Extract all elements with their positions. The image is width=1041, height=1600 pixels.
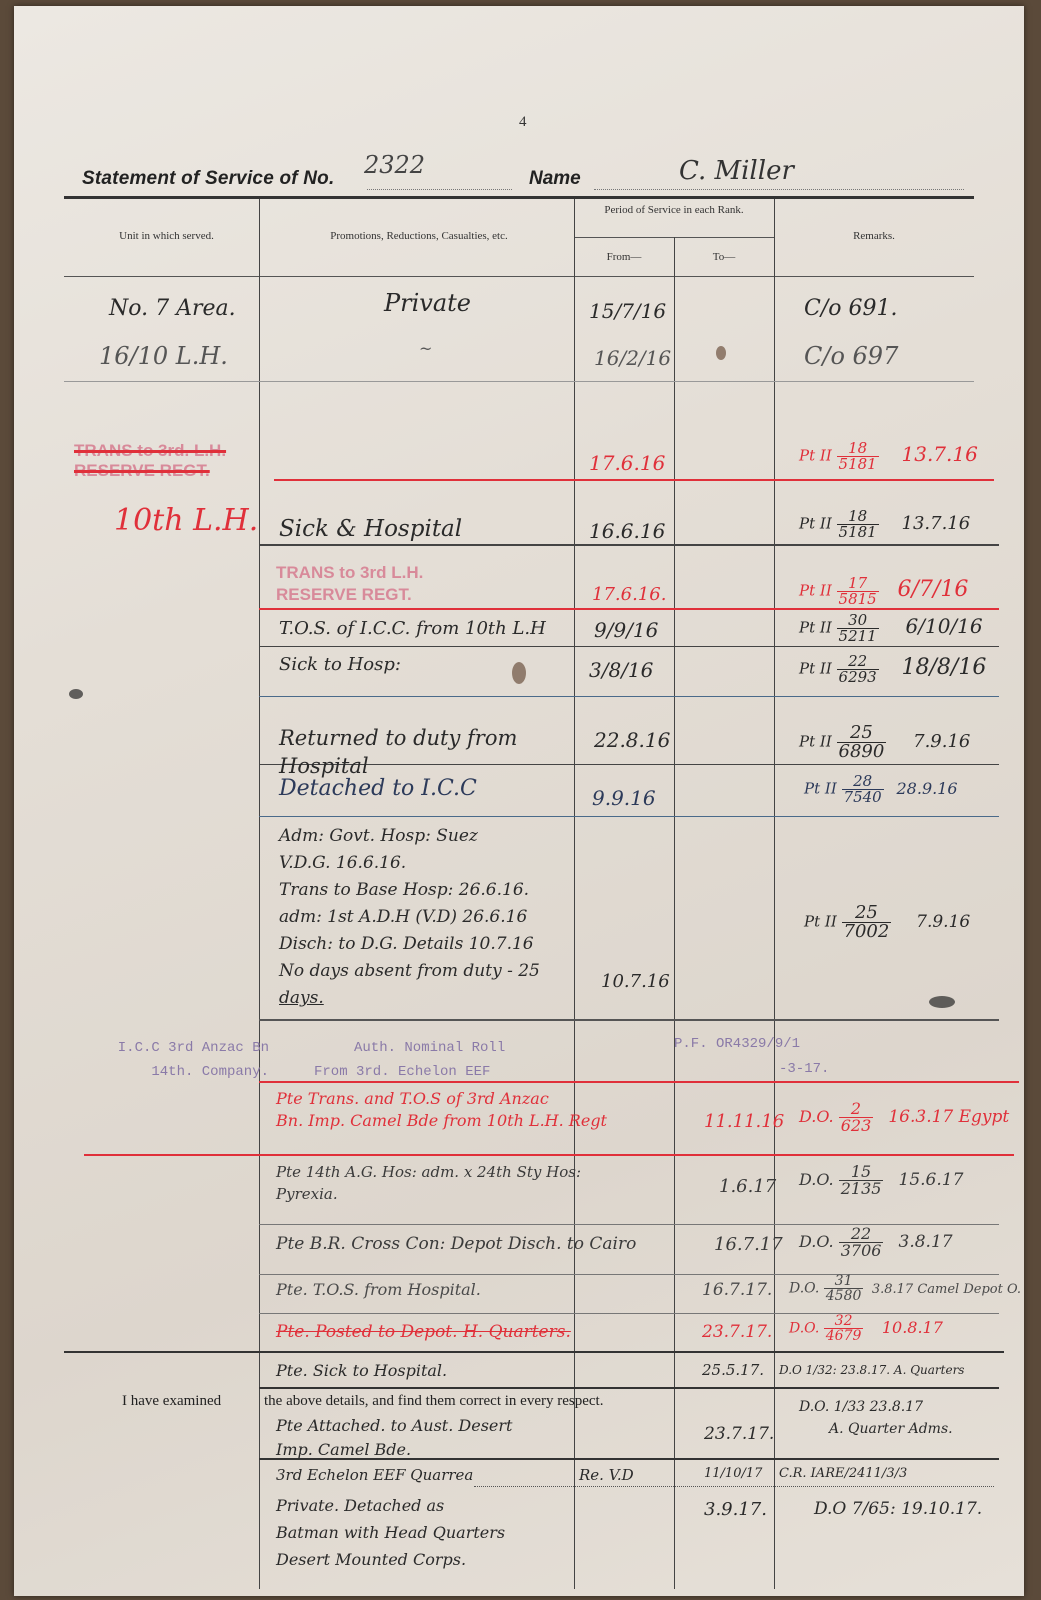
event-entry-multiline: Private. Detached as Batman with Head Qu… [276, 1492, 505, 1573]
row-rule-blue [259, 696, 999, 697]
page-number: 4 [519, 114, 527, 131]
from-date: 23.7.17. [702, 1322, 772, 1342]
remarks-entry: D.O. 324679 10.8.17 [789, 1314, 943, 1343]
event-stamp: TRANS to 3rd L.H. RESERVE REGT. [276, 562, 476, 606]
remarks-fraction: 185181 [837, 509, 879, 540]
remarks-date: 6/10/16 [906, 614, 983, 638]
event-entry: Pte. Sick to Hospital. [276, 1361, 447, 1380]
remarks-part: D.O. [789, 1321, 819, 1337]
event-entry-multiline: Adm: Govt. Hosp: Suez V.D.G. 16.6.16. Tr… [279, 823, 540, 1012]
col-header-remarks: Remarks. [774, 230, 974, 242]
from-date: 16.7.17 [714, 1234, 783, 1255]
remarks-part: Pt II [804, 780, 837, 798]
event-entry: T.O.S. of I.C.C. from 10th L.H [279, 618, 546, 639]
remarks-part: Pt II [799, 619, 832, 637]
row-rule [259, 1224, 999, 1225]
header-top-rule [64, 196, 974, 199]
row-rule [64, 381, 974, 382]
col-divider-4 [774, 199, 775, 1589]
event-entry: Pte. Posted to Depot. H. Quarters. [276, 1322, 571, 1342]
from-date: 17.6.16 [589, 451, 665, 475]
event-entry: 3rd Echelon EEF Quarrea [276, 1466, 473, 1484]
from-date: 17.6.16. [592, 584, 666, 605]
event-stamp: Auth. Nominal Roll From 3rd. Echelon EEF [314, 1036, 505, 1084]
remarks-part: D.O. [799, 1107, 834, 1126]
from-date: 3.9.17. [704, 1499, 767, 1520]
remarks-entry: Pt II 185181 13.7.16 [799, 509, 970, 540]
name-label: Name [529, 168, 581, 190]
remarks-date: 18/8/16 [902, 655, 987, 680]
remarks-entry: Pt II 175815 6/7/16 [799, 576, 968, 607]
name-dotted-line [594, 189, 964, 190]
col-header-period: Period of Service in each Rank. [589, 204, 759, 216]
remarks-entry: D.O. 2623 16.3.17 Egypt [799, 1101, 1009, 1134]
from-date: 16/2/16 [594, 346, 671, 370]
remarks-date: 13.7.16 [902, 442, 978, 466]
remarks-part: Pt II [799, 582, 832, 600]
remarks-date: 3.8.17 [899, 1232, 953, 1252]
event-extra: Re. V.D [579, 1466, 634, 1484]
remarks-part: Pt II [799, 515, 832, 533]
col-header-from: From— [574, 251, 674, 263]
certification-prefix: I have examined [122, 1393, 221, 1410]
remarks-fraction: 175815 [837, 576, 879, 607]
remarks-entry: D.O. 223706 3.8.17 [799, 1226, 953, 1259]
col-header-unit: Unit in which served. [74, 230, 259, 242]
certification-text: the above details, and find them correct… [264, 1393, 603, 1410]
remarks-date: 13.7.16 [902, 513, 971, 534]
header-bottom-rule [64, 276, 974, 277]
remarks-entry: Pt II 185181 13.7.16 [799, 441, 978, 472]
from-date: 22.8.16 [594, 728, 670, 752]
remarks-entry: Pt II 256890 7.9.16 [799, 724, 970, 761]
row-rule-dotted [474, 1486, 994, 1487]
remarks-date: 28.9.16 [897, 779, 958, 798]
row-rule [259, 646, 999, 647]
from-date: 16.7.17. [702, 1280, 772, 1300]
from-date: 16.6.16 [589, 519, 665, 543]
remarks-date: 6/7/16 [898, 577, 969, 602]
from-date: 11/10/17 [704, 1466, 762, 1481]
remarks-entry: C/o 691. [804, 296, 897, 321]
remarks-entry: C.R. IARE/2411/3/3 [779, 1466, 907, 1481]
remarks-fraction: 324679 [824, 1314, 864, 1343]
event-entry: Returned to duty from Hospital [279, 724, 579, 780]
remarks-fraction: 257002 [842, 904, 892, 941]
remarks-date: 7.9.16 [913, 731, 970, 752]
row-rule-blue [259, 816, 999, 817]
row-rule [259, 1387, 999, 1389]
event-entry: Pte. T.O.S. from Hospital. [276, 1280, 481, 1299]
service-number: 2322 [364, 151, 425, 179]
ink-stain [69, 689, 83, 699]
remarks-fraction: 2623 [839, 1101, 874, 1134]
remarks-fraction: 314580 [824, 1274, 864, 1303]
remarks-date: 7.9.16 [916, 912, 970, 932]
remarks-entry: Pt II 226293 18/8/16 [799, 654, 986, 685]
event-entry: ~ [419, 339, 432, 358]
unit-stamp: I.C.C 3rd Anzac Bn 14th. Company. [44, 1036, 269, 1084]
unit-entry: No. 7 Area. [109, 296, 236, 321]
remarks-part: Pt II [799, 660, 832, 678]
row-rule [259, 1019, 999, 1021]
remarks-entry: D.O 7/65: 19.10.17. [814, 1499, 982, 1519]
from-date: 11.11.16 [704, 1111, 784, 1132]
remarks-entry: Pt II 257002 7.9.16 [804, 904, 970, 941]
from-stamp: P.F. OR4329/9/1 [674, 1036, 800, 1052]
remarks-fraction: 223706 [839, 1226, 884, 1259]
remarks-entry: D.O. 314580 3.8.17 Camel Depot O. [789, 1274, 1021, 1303]
service-number-dotted-line [367, 189, 512, 190]
event-entry-multiline: Pte Trans. and T.O.S of 3rd Anzac Bn. Im… [276, 1088, 607, 1132]
remarks-date: 3.8.17 Camel Depot O. [872, 1282, 1021, 1297]
col-divider-2 [574, 199, 575, 1589]
from-date: 25.5.17. [702, 1361, 764, 1379]
event-entry-multiline: Pte 14th A.G. Hos: adm. x 24th Sty Hos: … [276, 1161, 581, 1205]
row-rule-red [259, 608, 999, 610]
from-date: 9/9/16 [594, 618, 658, 642]
event-entry: Private [384, 289, 471, 317]
remarks-fraction: 185181 [837, 441, 879, 472]
row-rule-red [84, 1154, 1014, 1156]
remarks-entry-multiline: D.O. 1/33 23.8.17 A. Quarter Adms. [799, 1396, 953, 1440]
remarks-part: D.O. [799, 1170, 834, 1189]
from-date: 1.6.17 [719, 1176, 776, 1197]
to-stamp: -3-17. [779, 1061, 829, 1077]
remarks-fraction: 226293 [837, 654, 879, 685]
ink-stain [716, 346, 726, 360]
service-record-page: 4 Statement of Service of No. 2322 Name … [14, 6, 1024, 1596]
remarks-entry: C/o 697 [804, 342, 898, 370]
remarks-part: D.O. [799, 1232, 834, 1251]
remarks-date: 16.3.17 Egypt [888, 1107, 1009, 1127]
col-divider-1 [259, 199, 260, 1589]
remarks-part: D.O. [789, 1281, 819, 1297]
ink-stain [512, 662, 526, 684]
from-date: 9.9.16 [592, 786, 656, 810]
remarks-entry: D.O. 152135 15.6.17 [799, 1164, 963, 1197]
unit-entry: 16/10 L.H. [99, 342, 228, 370]
from-date: 23.7.17. [704, 1424, 774, 1444]
from-date: 3/8/16 [589, 658, 653, 682]
unit-entry: 10th L.H. [114, 503, 258, 538]
event-entry: Sick to Hosp: [279, 654, 401, 675]
statement-title: Statement of Service of No. [82, 168, 334, 190]
col-header-to: To— [674, 251, 774, 263]
row-rule-red [274, 479, 994, 481]
remarks-entry: Pt II 287540 28.9.16 [804, 774, 958, 805]
row-rule [64, 1351, 1004, 1353]
remarks-date: 15.6.17 [899, 1170, 964, 1190]
remarks-date: 10.8.17 [882, 1318, 943, 1337]
event-entry: Pte B.R. Cross Con: Depot Disch. to Cair… [276, 1234, 636, 1254]
remarks-fraction: 256890 [837, 724, 887, 761]
event-entry: Detached to I.C.C [279, 776, 477, 801]
remarks-fraction: 152135 [839, 1164, 884, 1197]
ink-stain [929, 996, 955, 1008]
from-date: 15/7/16 [589, 299, 666, 323]
remarks-part: Pt II [799, 733, 832, 751]
row-rule [259, 544, 999, 546]
remarks-part: Pt II [804, 913, 837, 931]
event-entry-multiline: Pte Attached. to Aust. Desert Imp. Camel… [276, 1414, 512, 1462]
col-header-promotions: Promotions, Reductions, Casualties, etc. [264, 230, 574, 242]
name-value: C. Miller [679, 156, 794, 186]
remarks-entry: Pt II 305211 6/10/16 [799, 613, 983, 644]
remarks-fraction: 287540 [842, 774, 884, 805]
unit-stamp: TRANS to 3rd. L.H. RESERVE REGT. [74, 441, 264, 481]
from-date: 10.7.16 [601, 971, 670, 992]
remarks-fraction: 305211 [837, 613, 879, 644]
remarks-entry: D.O 1/32: 23.8.17. A. Quarters [779, 1363, 964, 1377]
event-entry: Sick & Hospital [279, 516, 462, 542]
remarks-part: Pt II [799, 447, 832, 465]
